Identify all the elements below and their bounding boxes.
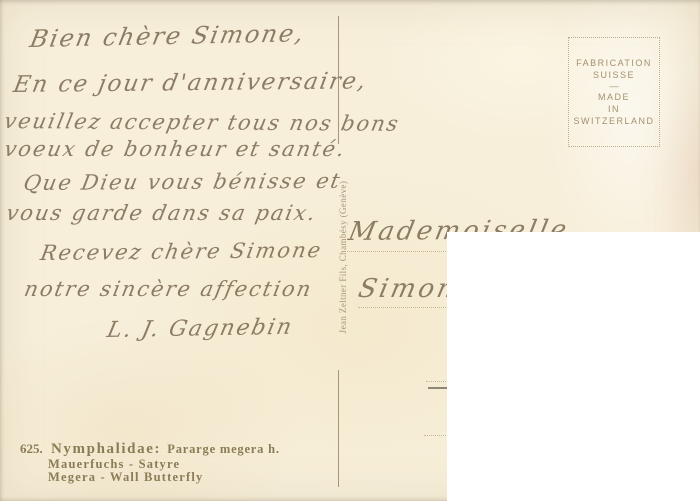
stamp-box-line: MADE	[598, 91, 630, 103]
redaction-overlay	[447, 232, 700, 501]
handwritten-line: Que Dieu vous bénisse et	[22, 169, 344, 195]
stamp-box-line: FABRICATION	[576, 57, 652, 69]
stamp-box-line: SWITZERLAND	[573, 115, 654, 127]
handwritten-line: vous garde dans sa paix.	[4, 201, 319, 225]
handwritten-line: notre sincère affection	[22, 277, 314, 301]
stamp-box-line: IN	[608, 103, 620, 115]
caption-species: Pararge megera h.	[167, 442, 280, 456]
divider-line-top	[338, 16, 339, 144]
handwritten-line: Recevez chère Simone	[39, 238, 325, 265]
address-dotted-line	[358, 307, 460, 308]
divider-line-bottom	[338, 370, 339, 487]
stamp-box-divider-dash: —	[610, 81, 619, 91]
caption-number: 625.	[20, 441, 43, 456]
stamp-box: FABRICATION SUISSE — MADE IN SWITZERLAND	[568, 37, 660, 147]
stamp-box-line: SUISSE	[593, 69, 635, 81]
caption-family: Nymphalidae:	[51, 441, 161, 457]
postcard-back: Bien chère Simone, En ce jour d'annivers…	[0, 0, 700, 501]
handwritten-line: Bien chère Simone,	[28, 19, 308, 53]
address-dotted-line	[345, 251, 460, 252]
handwritten-line: voeux de bonheur et santé.	[2, 137, 348, 161]
publisher-credit: Jean Zeltner Fils, Chambésy (Genève)	[338, 143, 350, 371]
handwritten-signature: L. J. Gagnebin	[105, 315, 296, 343]
caption-english: Megera - Wall Butterfly	[48, 470, 203, 485]
handwritten-line: veuillez accepter tous nos bons	[2, 109, 402, 136]
handwritten-line: En ce jour d'anniversaire,	[11, 68, 369, 98]
caption-row: 625. Nymphalidae: Pararge megera h.	[20, 441, 280, 458]
